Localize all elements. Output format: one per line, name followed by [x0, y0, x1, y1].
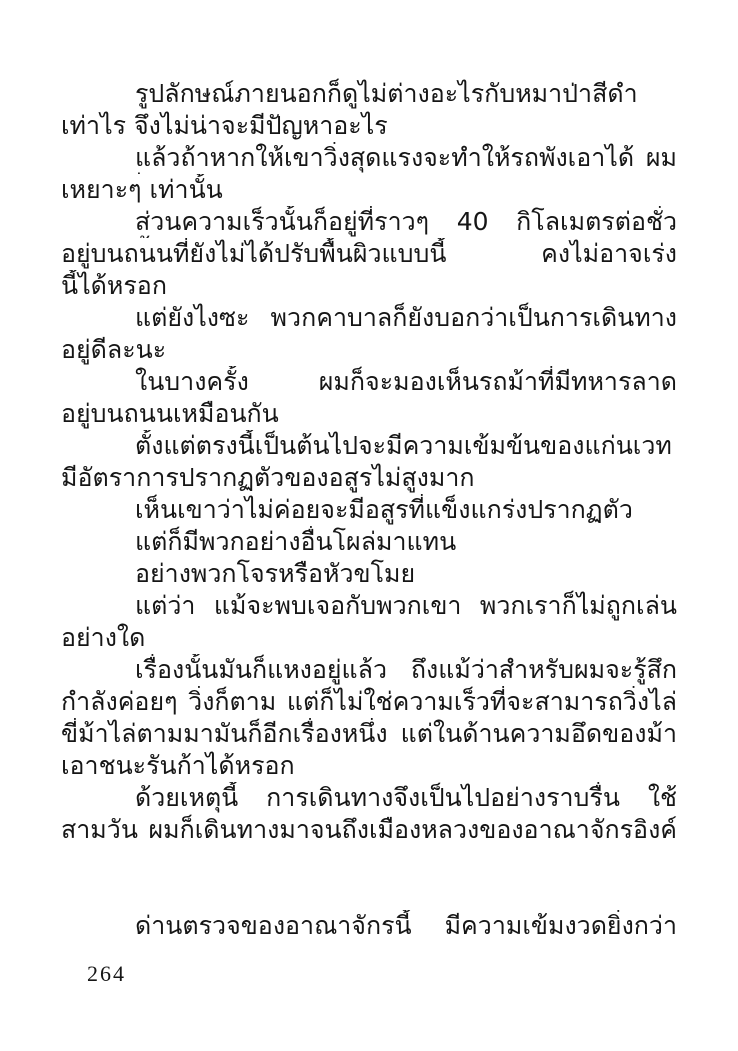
book-page: รูปลักษณ์ภายนอกก็ดูไม่ต่างอะไรกับหมาป่าส… — [0, 0, 738, 1051]
text-line: ขี่ม้าไล่ตามมามันก็อีกเรื่องหนึ่ง แต่ในด… — [61, 718, 677, 750]
text-line: เห็นเขาว่าไม่ค่อยจะมีอสูรที่แข็งแกร่งปรา… — [61, 494, 677, 526]
text-line: ด่านตรวจของอาณาจักรนี้ มีความเข้มงวดยิ่ง… — [61, 910, 677, 942]
text-line: แล้วถ้าหากให้เขาวิ่งสุดแรงจะทำให้รถพังเอ… — [61, 142, 677, 174]
text-line: เท่าไร จึงไม่น่าจะมีปัญหาอะไร — [61, 110, 677, 142]
text-line: เอาชนะรันก้าได้หรอก — [61, 750, 677, 782]
text-line: อย่างพวกโจรหรือหัวขโมย — [61, 558, 677, 590]
text-line: รูปลักษณ์ภายนอกก็ดูไม่ต่างอะไรกับหมาป่าส… — [61, 78, 677, 110]
text-line: กำลังค่อยๆ วิ่งก็ตาม แต่ก็ไม่ใช่ความเร็ว… — [61, 686, 677, 718]
text-line: ตั้งแต่ตรงนี้เป็นต้นไปจะมีความเข้มข้นของ… — [61, 430, 677, 462]
body-text: รูปลักษณ์ภายนอกก็ดูไม่ต่างอะไรกับหมาป่าส… — [61, 78, 677, 942]
text-line: นี้ได้หรอก — [61, 270, 677, 302]
page-number: 264 — [87, 961, 126, 987]
text-line: ในบางครั้ง ผมก็จะมองเห็นรถม้าที่มีทหารลา… — [61, 366, 677, 398]
text-line: แต่ก็มีพวกอย่างอื่นโผล่มาแทน — [61, 526, 677, 558]
text-line: ด้วยเหตุนี้ การเดินทางจึงเป็นไปอย่างราบร… — [61, 782, 677, 814]
text-line: ส่วนความเร็วนั้นก็อยู่ที่ราวๆ 40 กิโลเมต… — [61, 206, 677, 238]
text-line: อย่างใด — [61, 622, 677, 654]
text-line: แต่ว่า แม้จะพบเจอกับพวกเขา พวกเราก็ไม่ถู… — [61, 590, 677, 622]
text-line: อยู่บนถนนที่ยังไม่ได้ปรับพื้นผิวแบบนี้ ค… — [61, 238, 677, 270]
text-line: อยู่บนถนนเหมือนกัน — [61, 398, 677, 430]
text-line: เรื่องนั้นมันก็แหงอยู่แล้ว ถึงแม้ว่าสำหร… — [61, 654, 677, 686]
text-line: แต่ยังไงซะ พวกคาบาลก็ยังบอกว่าเป็นการเดิ… — [61, 302, 677, 334]
text-line: อยู่ดีละนะ — [61, 334, 677, 366]
text-line: เหยาะๆ เท่านั้น — [61, 174, 677, 206]
text-line: สามวัน ผมก็เดินทางมาจนถึงเมืองหลวงของอาณ… — [61, 814, 677, 846]
scene-break-gap — [61, 846, 677, 910]
text-line: มีอัตราการปรากฏตัวของอสูรไม่สูงมาก — [61, 462, 677, 494]
